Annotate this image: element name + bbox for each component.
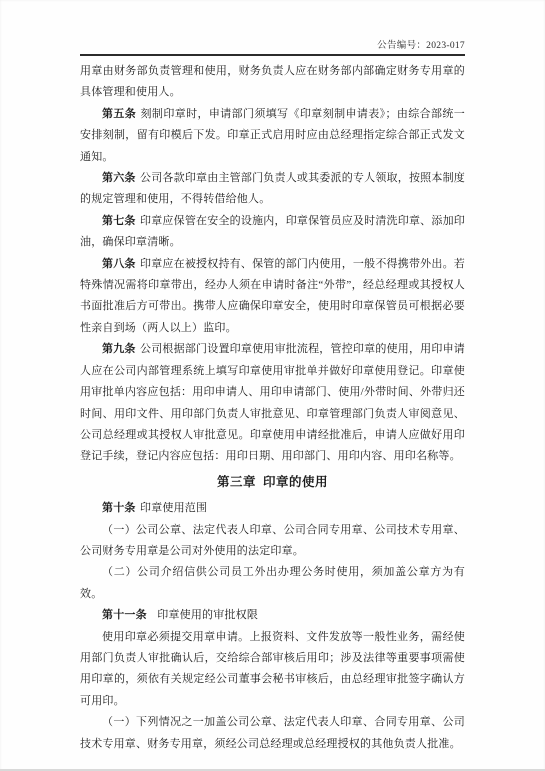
chapter-number: 第三章 [217, 475, 256, 489]
chapter-title: 印章的使用 [263, 475, 328, 489]
article-label: 第八条 [102, 258, 136, 270]
paragraph-text: 使用印章必须提交用章申请。上报资料、文件发放等一般性业务，需经使用部门负责人审批… [80, 631, 465, 707]
item-text: （一）公司公章、法定代表人印章、公司合同专用章、公司技术专用章、公司财务专用章是… [80, 524, 465, 557]
article-text: 印章使用的审批权限 [157, 609, 258, 621]
paragraph-article-10: 第十条印章使用范围 [80, 498, 465, 519]
paragraph-continuation: 用章由财务部负责管理和使用，财务负责人应在财务部内部确定财务专用章的具体管理和使… [80, 61, 465, 104]
document-body: 用章由财务部负责管理和使用，财务负责人应在财务部内部确定财务专用章的具体管理和使… [80, 61, 465, 755]
notice-number: 公告编号：2023-017 [377, 41, 465, 51]
header-rule [80, 54, 465, 56]
article-label: 第七条 [102, 215, 136, 227]
article-label: 第十条 [102, 502, 136, 514]
paragraph-item-3: （一）下列情况之一加盖公司公章、法定代表人印章、合同专用章、公司技术专用章、财务… [80, 712, 465, 755]
article-text: 公司各款印章由主管部门负责人或其委派的专人领取，按照本制度的规定管理和使用，不得… [80, 172, 465, 205]
item-text: （一）下列情况之一加盖公司公章、法定代表人印章、合同专用章、公司技术专用章、财务… [80, 716, 465, 749]
paragraph-article-6: 第六条公司各款印章由主管部门负责人或其委派的专人领取，按照本制度的规定管理和使用… [80, 168, 465, 211]
paragraph-article-8: 第八条印章应在被授权持有、保管的部门内使用，一般不得携带外出。若特殊情况需将印章… [80, 254, 465, 340]
article-label: 第九条 [102, 343, 136, 355]
paragraph-plain: 使用印章必须提交用章申请。上报资料、文件发放等一般性业务，需经使用部门负责人审批… [80, 627, 465, 713]
paragraph-item-1: （一）公司公章、法定代表人印章、公司合同专用章、公司技术专用章、公司财务专用章是… [80, 520, 465, 563]
paragraph-item-2: （二）公司介绍信供公司员工外出办理公务时使用，须加盖公章方为有效。 [80, 562, 465, 605]
article-text: 刻制印章时，申请部门须填写《印章刻制申请表》；由综合部统一安排刻制，留有印模后下… [80, 108, 465, 163]
article-text: 印章应在被授权持有、保管的部门内使用，一般不得携带外出。若特殊情况需将印章带出，… [80, 258, 465, 334]
chapter-heading: 第三章印章的使用 [80, 472, 465, 493]
paragraph-article-9: 第九条公司根据部门设置印章使用审批流程，管控印章的使用，用印申请人应在公司内部管… [80, 339, 465, 467]
paragraph-text: 用章由财务部负责管理和使用，财务负责人应在财务部内部确定财务专用章的具体管理和使… [80, 65, 465, 98]
article-text: 印章使用范围 [140, 502, 207, 514]
article-text: 印章应保管在安全的设施内，印章保管员应及时清洗印章、添加印油，确保印章清晰。 [80, 215, 465, 248]
item-text: （二）公司介绍信供公司员工外出办理公务时使用，须加盖公章方为有效。 [80, 566, 465, 599]
paragraph-article-5: 第五条刻制印章时，申请部门须填写《印章刻制申请表》；由综合部统一安排刻制，留有印… [80, 104, 465, 168]
article-text: 公司根据部门设置印章使用审批流程，管控印章的使用，用印申请人应在公司内部管理系统… [80, 343, 465, 462]
article-label: 第六条 [102, 172, 136, 184]
paragraph-article-11: 第十一条印章使用的审批权限 [80, 605, 465, 626]
paragraph-article-7: 第七条印章应保管在安全的设施内，印章保管员应及时清洗印章、添加印油，确保印章清晰… [80, 211, 465, 254]
article-label: 第十一条 [102, 609, 147, 621]
document-page: 公告编号：2023-017 用章由财务部负责管理和使用，财务负责人应在财务部内部… [0, 0, 545, 771]
article-label: 第五条 [102, 108, 136, 120]
page-header: 公告编号：2023-017 [377, 37, 465, 51]
